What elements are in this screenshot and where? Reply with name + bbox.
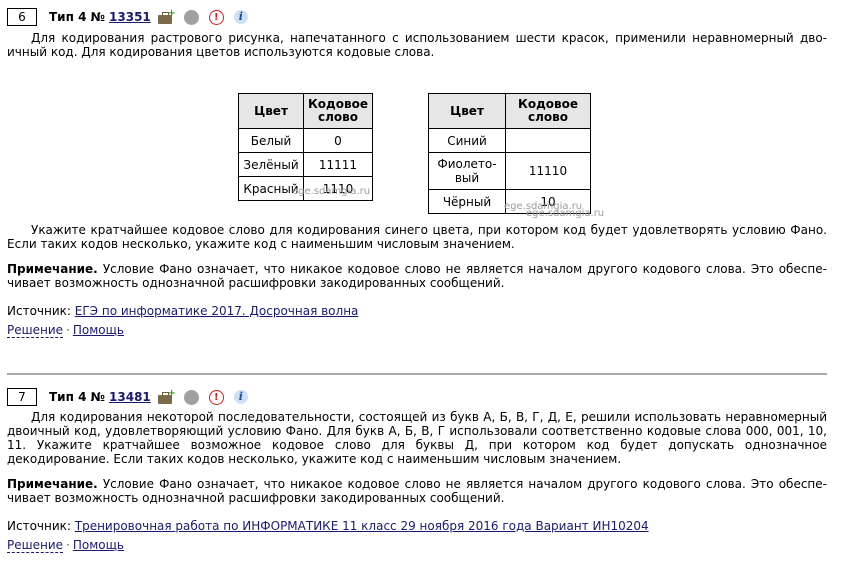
table-header: Кодовое слово [304,94,373,129]
info-icon[interactable]: i [234,10,248,24]
problem-source: Источник: Тренировочная работа по ИНФОРМ… [7,519,827,533]
help-link[interactable]: Помощь [73,323,124,337]
problem-6: 6 Тип 4 №13351 + ! i Для кодирования рас… [7,7,827,337]
source-label: Источник: [7,304,75,318]
problem-id-link[interactable]: 13351 [109,10,151,24]
link-separator: · [66,538,70,552]
table-row: Синий [429,129,591,153]
code-tables: Цвет Кодовое слово Белый 0 Зелёный 11111… [7,59,827,209]
problem-type-label: Тип 4 № [49,390,105,404]
note-text: Условие Фано означает, что никакое кодов… [7,262,827,290]
table-row: Белый 0 [239,129,373,153]
problem-header: 7 Тип 4 №13481 + ! i [7,387,827,407]
problem-icons: + ! i [158,10,248,25]
table-header: Цвет [429,94,506,129]
table-header: Цвет [239,94,304,129]
report-error-icon[interactable]: ! [209,10,224,25]
problem-question: Укажите кратчайшее кодовое слово для код… [7,223,827,251]
problem-7: 7 Тип 4 №13481 + ! i Для кодирования нек… [7,387,827,552]
problem-note: Примечание. Условие Фано означает, что н… [7,262,827,290]
solution-link[interactable]: Решение [7,538,63,553]
source-label: Источник: [7,519,75,533]
problem-icons: + ! i [158,390,248,405]
status-circle-icon[interactable] [184,10,199,25]
code-table-2: Цвет Кодовое слово Синий Фиолето­вый 111… [428,93,591,214]
table-cell: Синий [429,129,506,153]
report-error-icon[interactable]: ! [209,390,224,405]
problem-title: Тип 4 №13481 [49,390,151,404]
problem-text: Для кодирования некоторой последовательн… [7,410,827,466]
source-link[interactable]: ЕГЭ по информатике 2017. Досрочная волна [75,304,359,318]
watermark: ege.sdamgia.ru [292,186,370,197]
table-cell: Зелёный [239,153,304,177]
solution-link[interactable]: Решение [7,323,63,338]
problem-header: 6 Тип 4 №13351 + ! i [7,7,827,27]
problem-number: 6 [7,8,37,26]
briefcase-add-icon[interactable]: + [158,391,174,404]
help-link[interactable]: Помощь [73,538,124,552]
problem-links: Решение·Помощь [7,538,827,552]
code-table-1: Цвет Кодовое слово Белый 0 Зелёный 11111… [238,93,373,201]
table-cell: Чёрный [429,190,506,214]
problem-source: Источник: ЕГЭ по информатике 2017. Досро… [7,304,827,318]
problem-note: Примечание. Условие Фано означает, что н… [7,477,827,505]
table-cell: 11110 [506,153,591,190]
status-circle-icon[interactable] [184,390,199,405]
table-row: Фиолето­вый 11110 [429,153,591,190]
source-link[interactable]: Тренировочная работа по ИНФОРМАТИКЕ 11 к… [75,519,649,533]
problem-text: Для кодирования растрового рисунка, напе… [7,31,827,59]
table-cell: Фиолето­вый [429,153,506,190]
briefcase-add-icon[interactable]: + [158,11,174,24]
problem-type-label: Тип 4 № [49,10,105,24]
problem-title: Тип 4 №13351 [49,10,151,24]
problem-number: 7 [7,388,37,406]
link-separator: · [66,323,70,337]
note-label: Примечание. [7,477,98,491]
table-header: Кодовое слово [506,94,591,129]
note-label: Примечание. [7,262,98,276]
watermark: ege.sdamgia.ru [526,208,604,219]
table-row: Зелёный 11111 [239,153,373,177]
problem-divider [7,373,827,375]
note-text: Условие Фано означает, что никакое кодов… [7,477,827,505]
problem-id-link[interactable]: 13481 [109,390,151,404]
table-cell: 0 [304,129,373,153]
info-icon[interactable]: i [234,390,248,404]
table-cell: 11111 [304,153,373,177]
problem-links: Решение·Помощь [7,323,827,337]
table-cell [506,129,591,153]
table-cell: Белый [239,129,304,153]
